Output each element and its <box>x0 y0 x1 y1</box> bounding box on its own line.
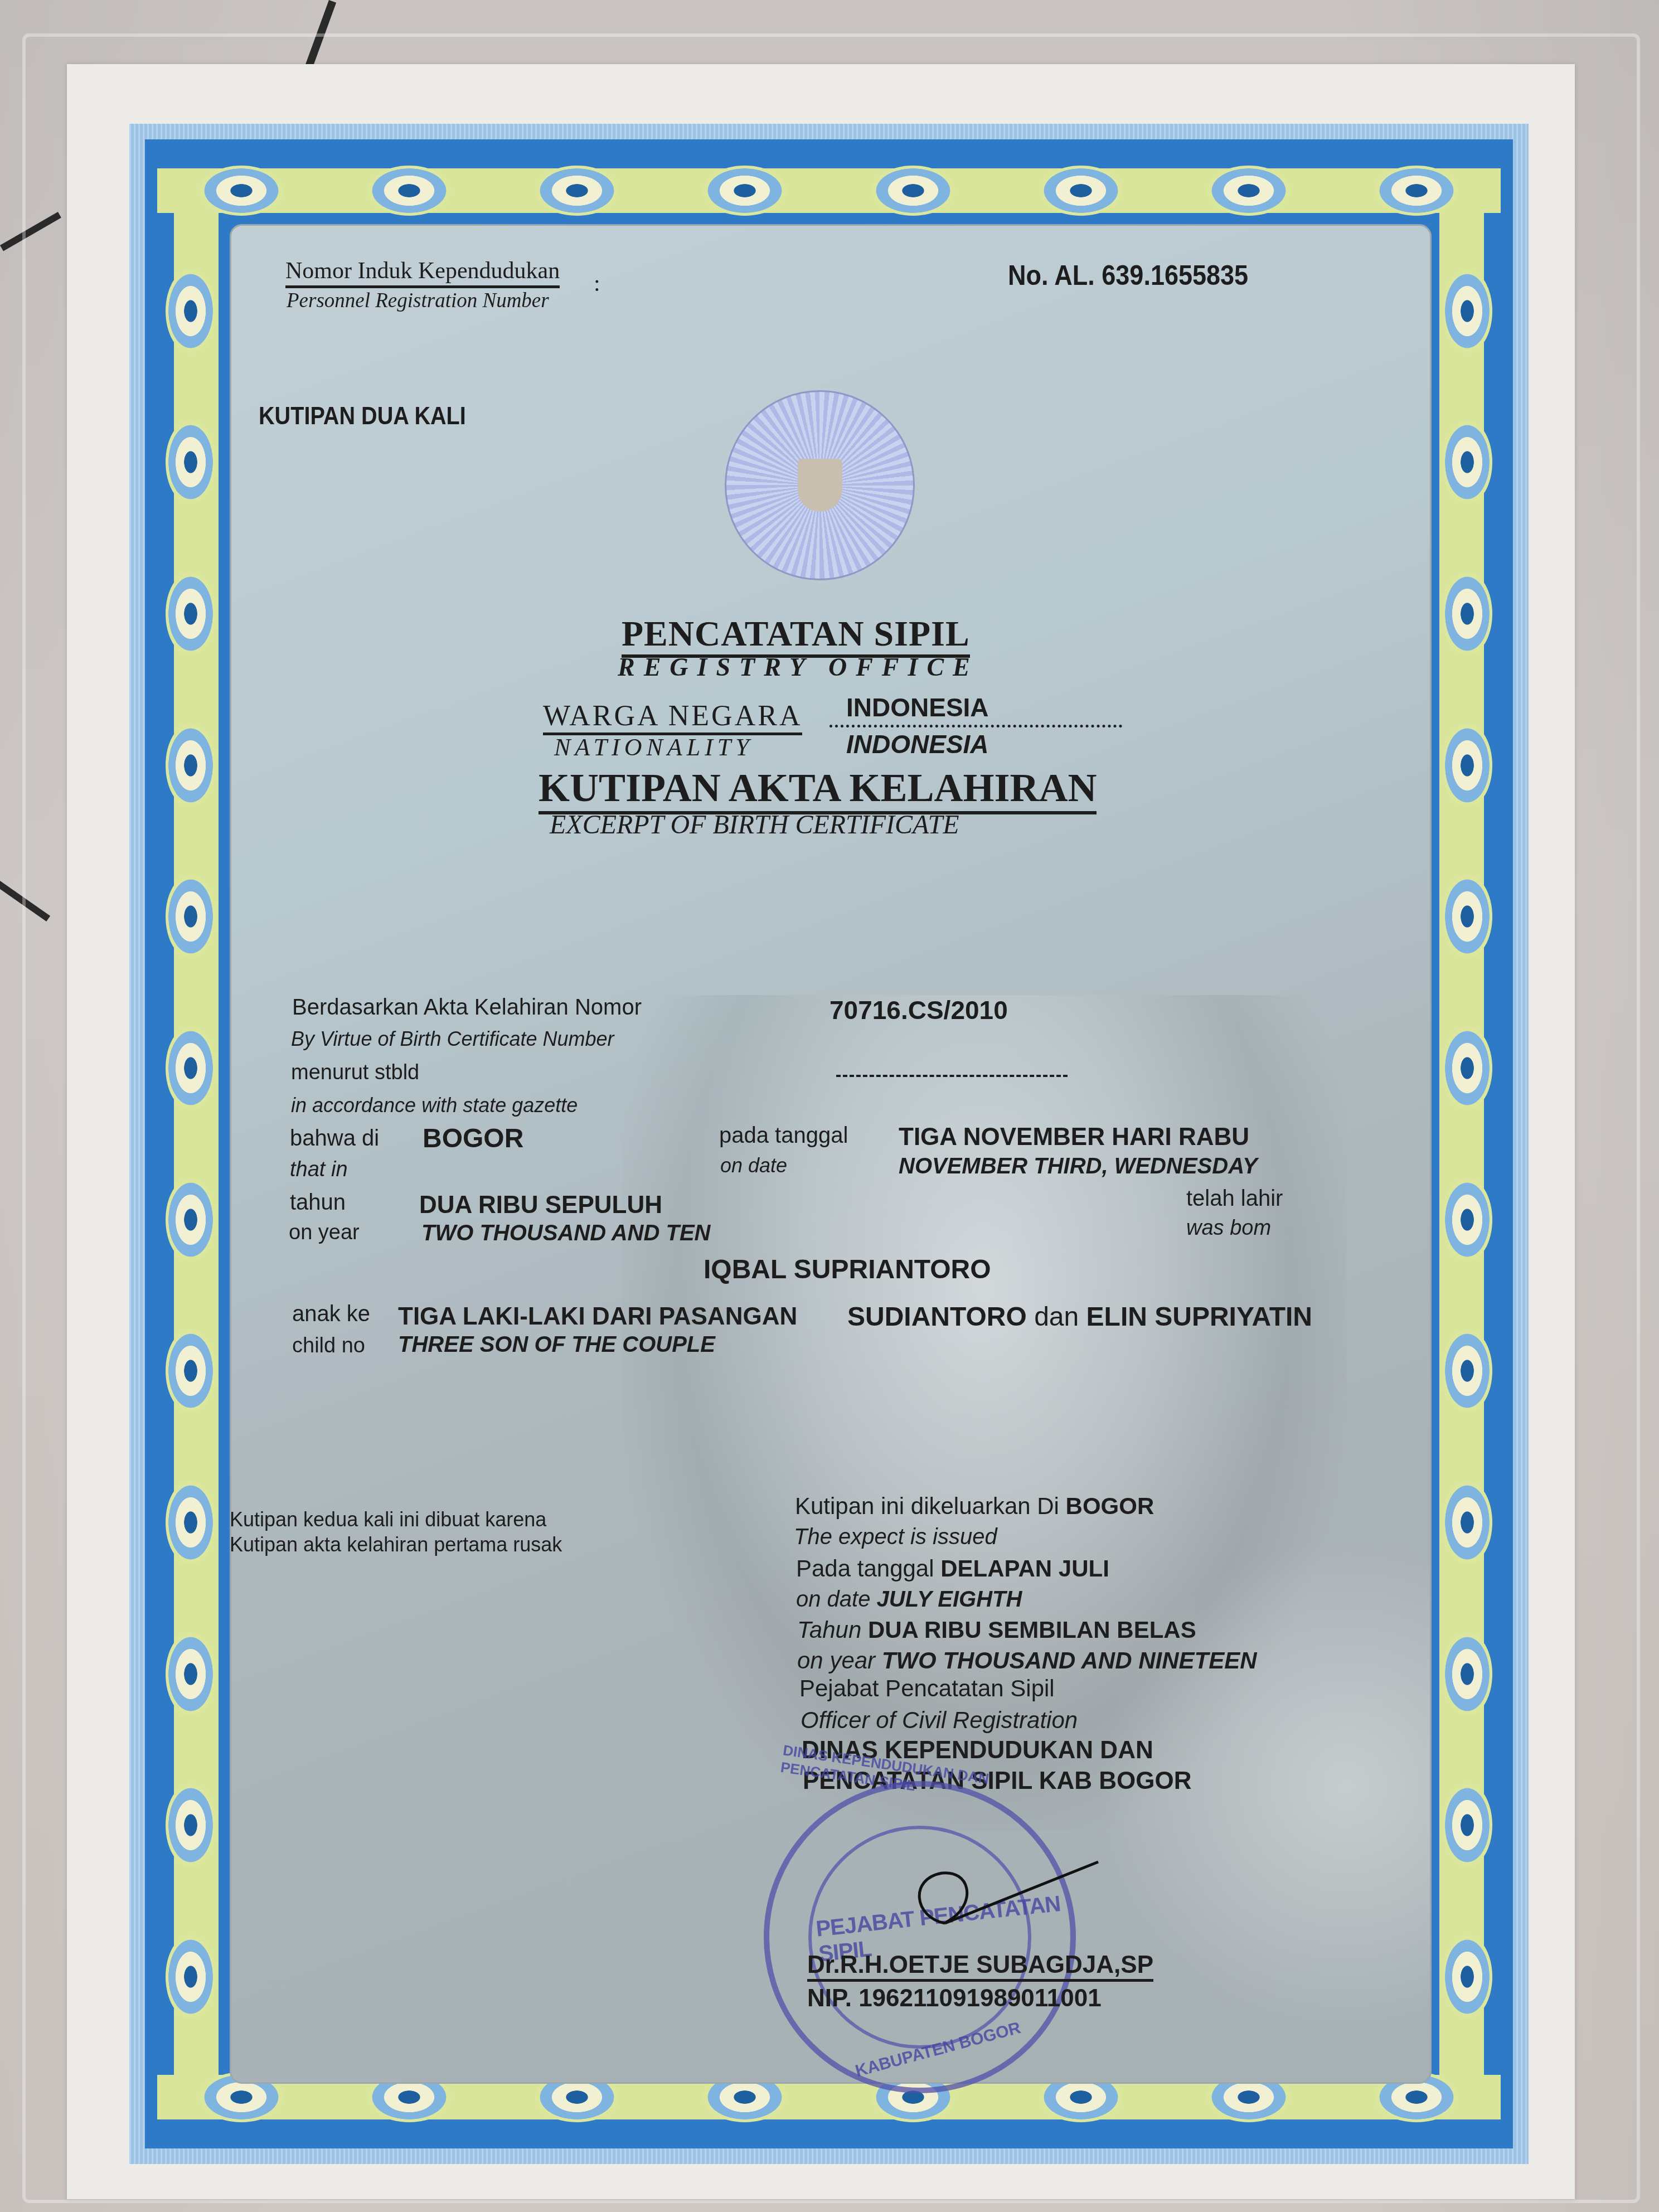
parents: SUDIANTORO dan ELIN SUPRIYATIN <box>847 1302 1312 1332</box>
cert-number-value: 70716.CS/2010 <box>829 995 1008 1025</box>
cert-number-label: Berdasarkan Akta Kelahiran Nomor <box>292 995 642 1020</box>
office-title-en: REGISTRY OFFICE <box>618 652 979 682</box>
child-no-label: anak ke <box>292 1302 370 1327</box>
child-no-label-en: child no <box>292 1334 365 1358</box>
issue-date-label: Pada tanggal <box>796 1555 934 1582</box>
nationality-value-en: INDONESIA <box>846 729 989 759</box>
nik-label: Nomor Induk Kependudukan <box>285 258 560 288</box>
date-label: pada tanggal <box>719 1123 848 1148</box>
nik-separator: : <box>594 270 600 297</box>
nationality-label: WARGA NEGARA <box>543 700 802 735</box>
year-label: tahun <box>290 1190 346 1215</box>
year-value: DUA RIBU SEPULUH <box>419 1191 662 1219</box>
issued-label: Kutipan ini dikeluarkan Di <box>795 1493 1059 1519</box>
born-label: telah lahir <box>1186 1186 1283 1211</box>
year-label-en: on year <box>289 1221 360 1245</box>
document-title: KUTIPAN AKTA KELAHIRAN <box>539 765 1097 814</box>
officer-label: Pejabat Pencatatan Sipil <box>799 1675 1055 1702</box>
place-label-en: that in <box>290 1158 348 1182</box>
reason-line-2: Kutipan akta kelahiran pertama rusak <box>230 1533 562 1556</box>
serial-number: No. AL. 639.1655835 <box>1008 259 1248 292</box>
place-value: BOGOR <box>423 1123 523 1154</box>
reason-line-1: Kutipan kedua kali ini dibuat karena <box>230 1508 546 1531</box>
shield-icon <box>798 459 842 512</box>
stbld-dashed-line <box>836 1075 1068 1077</box>
date-value: TIGA NOVEMBER HARI RABU <box>899 1123 1249 1151</box>
issue-year-line-en: on year TWO THOUSAND AND NINETEEN <box>797 1647 1257 1674</box>
stbld-label-en: in accordance with state gazette <box>291 1094 578 1117</box>
child-name: IQBAL SUPRIANTORO <box>704 1254 991 1285</box>
place-label: bahwa di <box>290 1126 379 1151</box>
issue-year-value: DUA RIBU SEMBILAN BELAS <box>868 1617 1196 1643</box>
mother-name: ELIN SUPRIYATIN <box>1086 1302 1312 1332</box>
official-name: Dr.R.H.OETJE SUBAGDJA,SP <box>807 1951 1153 1982</box>
issued-place: BOGOR <box>1066 1493 1154 1519</box>
garuda-emblem-icon <box>725 390 915 580</box>
child-no-value-en: THREE SON OF THE COUPLE <box>398 1332 715 1357</box>
date-label-en: on date <box>720 1154 787 1177</box>
issue-date-line: Pada tanggal DELAPAN JULI <box>796 1555 1109 1582</box>
border-ornaments-left <box>152 235 230 2053</box>
issue-date-value-en: JULY EIGHTH <box>877 1587 1022 1612</box>
issue-date-line-en: on date JULY EIGHTH <box>796 1587 1022 1612</box>
nationality-value: INDONESIA <box>846 692 989 722</box>
cert-number-label-en: By Virtue of Birth Certificate Number <box>291 1027 614 1051</box>
born-label-en: was bom <box>1186 1216 1271 1240</box>
issued-label-en: The expect is issued <box>794 1525 997 1550</box>
child-no-value: TIGA LAKI-LAKI DARI PASANGAN <box>398 1303 797 1331</box>
issue-date-label-en: on date <box>796 1587 870 1612</box>
father-name: SUDIANTORO <box>847 1302 1027 1332</box>
officer-label-en: Officer of Civil Registration <box>801 1707 1078 1734</box>
issue-date-value: DELAPAN JULI <box>940 1555 1109 1582</box>
date-value-en: NOVEMBER THIRD, WEDNESDAY <box>899 1154 1258 1179</box>
official-nip: NIP. 196211091989011001 <box>807 1985 1102 2012</box>
border-ornaments-top <box>157 146 1501 235</box>
nationality-label-en: NATIONALITY <box>554 733 754 761</box>
issued-line: Kutipan ini dikeluarkan Di BOGOR <box>795 1493 1154 1520</box>
issue-year-label-en: on year <box>797 1647 875 1673</box>
border-ornaments-right <box>1428 235 1506 2053</box>
stbld-label: menurut stbld <box>291 1061 419 1085</box>
issue-year-value-en: TWO THOUSAND AND NINETEEN <box>882 1647 1257 1673</box>
office-title: PENCATATAN SIPIL <box>622 613 970 658</box>
copy-note: KUTIPAN DUA KALI <box>259 402 466 430</box>
year-value-en: TWO THOUSAND AND TEN <box>421 1221 710 1246</box>
parents-conjunction: dan <box>1034 1302 1079 1332</box>
issue-year-line: Tahun DUA RIBU SEMBILAN BELAS <box>797 1617 1196 1643</box>
nationality-dotted-line <box>829 725 1122 727</box>
nik-label-en: Personnel Registration Number <box>287 289 549 313</box>
document-title-en: EXCERPT OF BIRTH CERTIFICATE <box>550 809 959 840</box>
issue-year-label: Tahun <box>797 1617 861 1643</box>
